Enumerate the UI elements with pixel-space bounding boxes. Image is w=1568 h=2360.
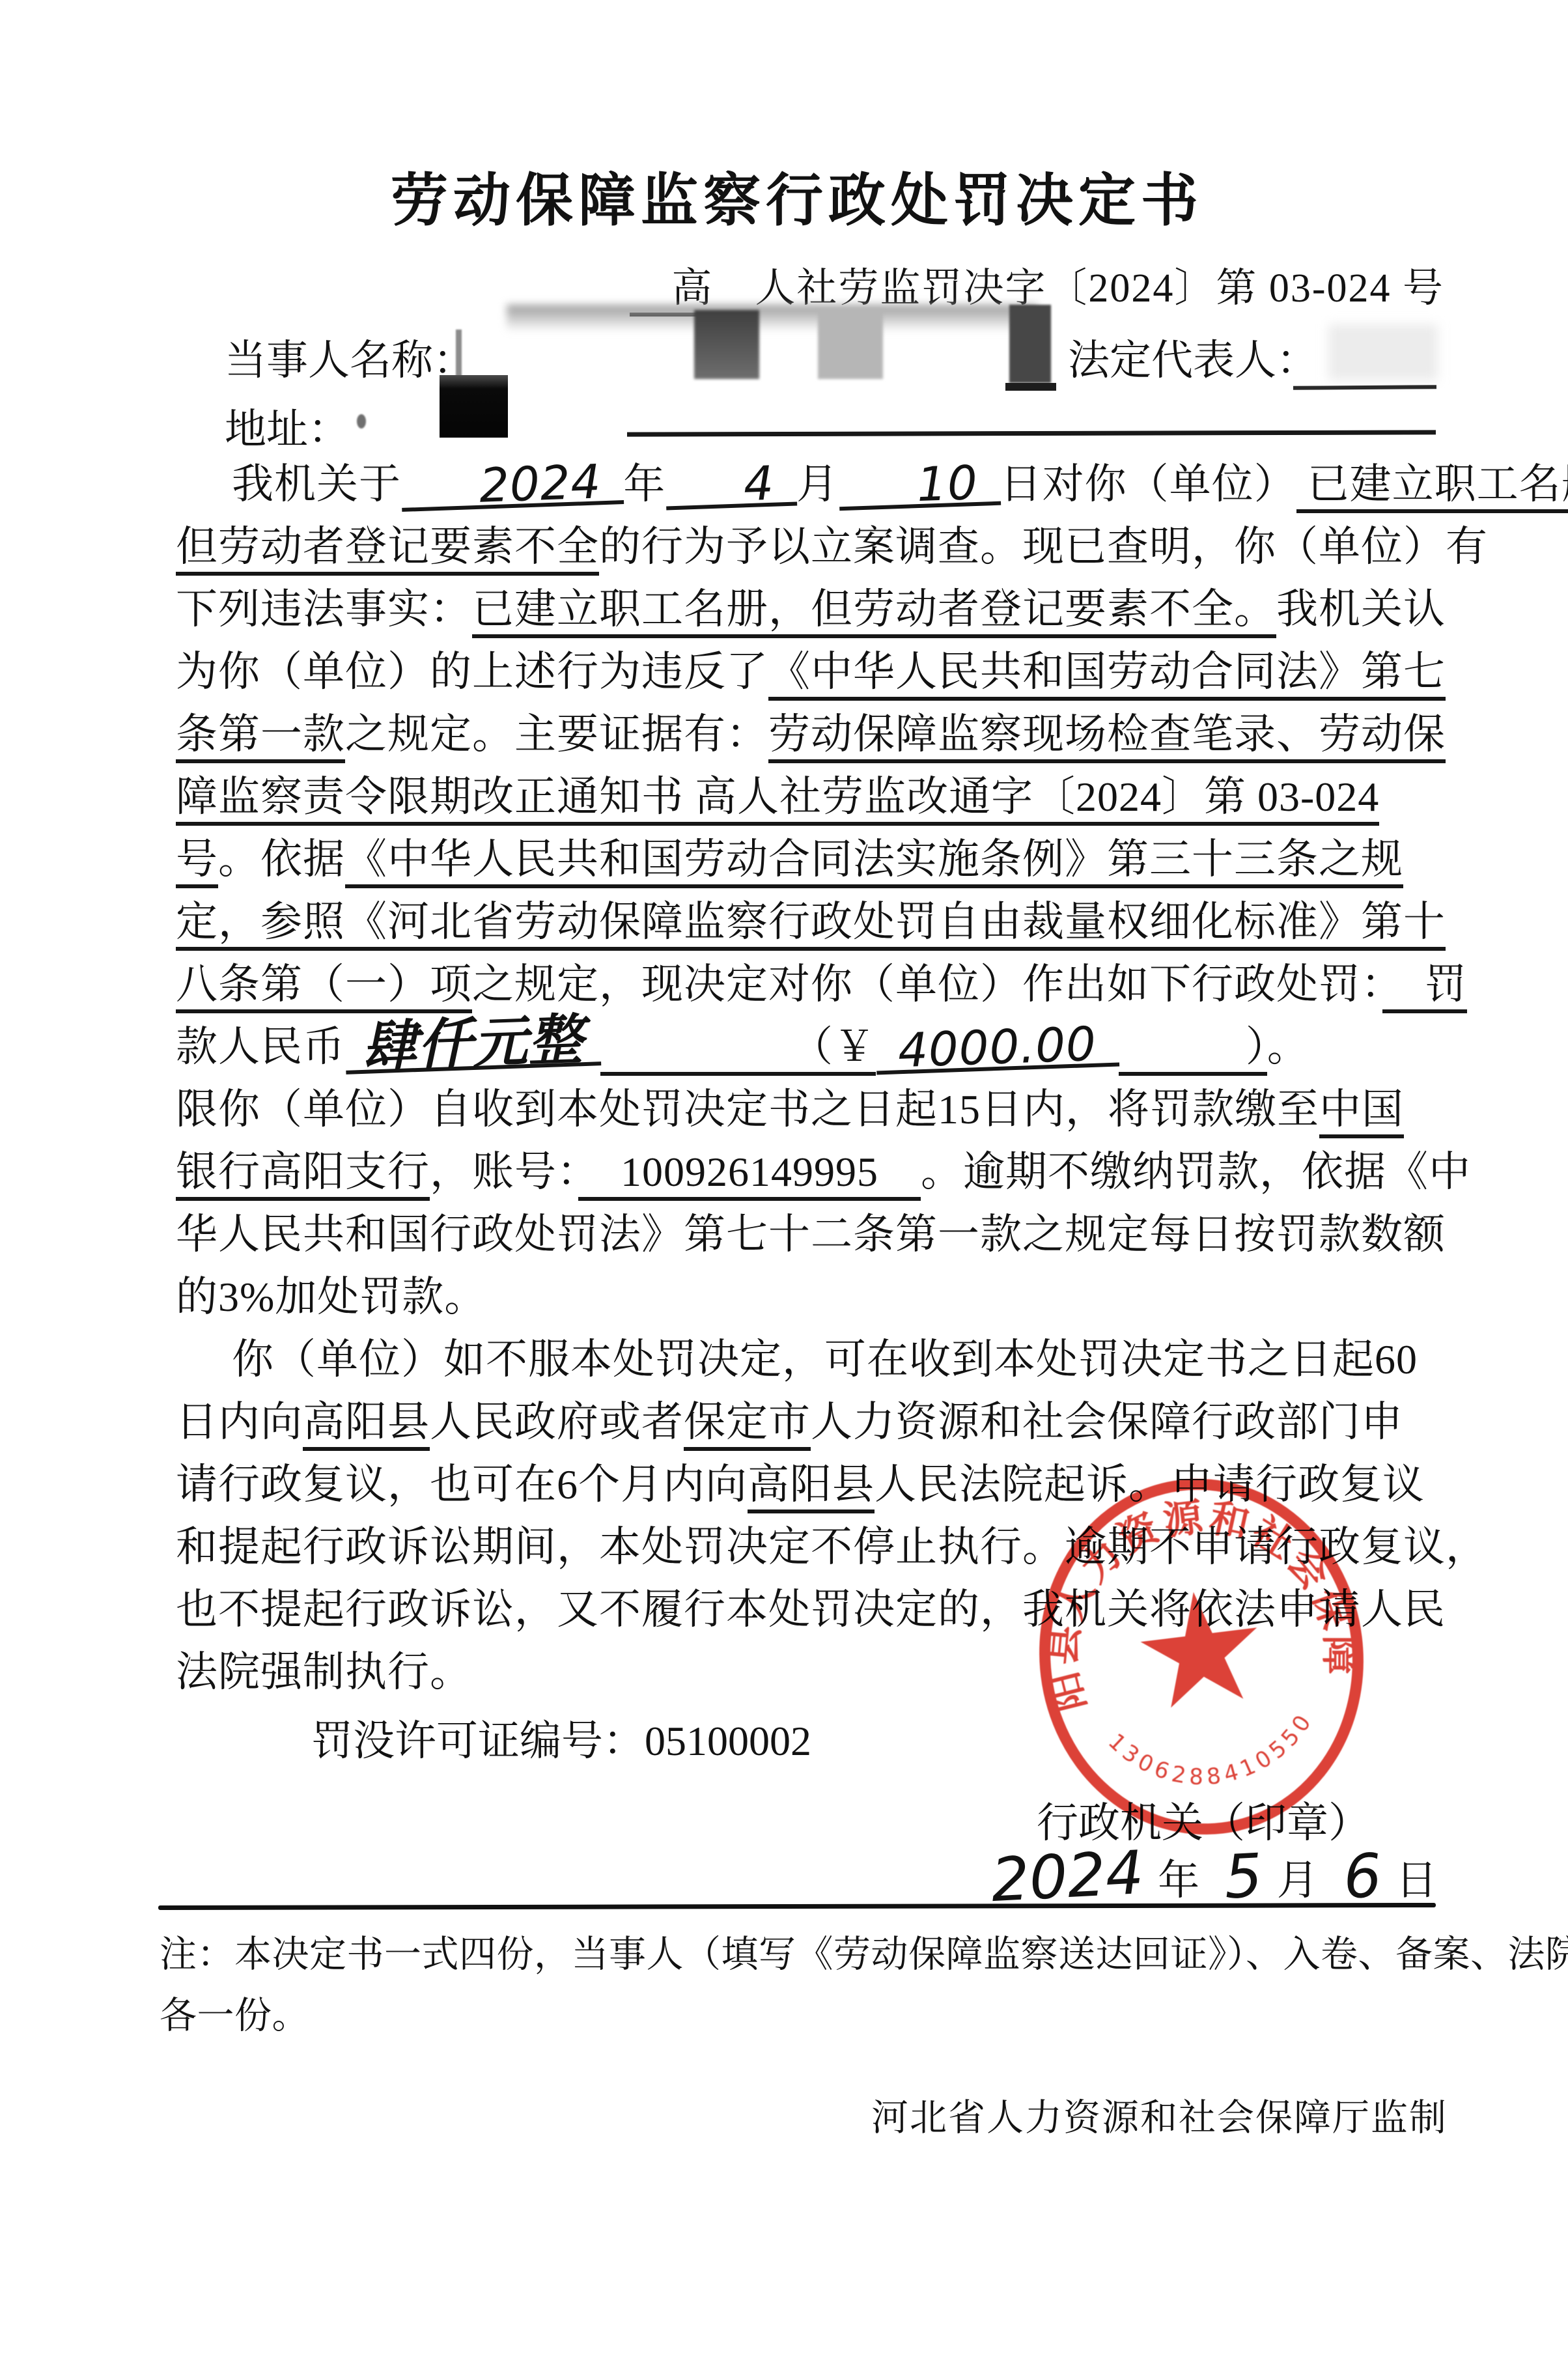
body-line: 我机关于2024年4月10日对你（单位） 已建立职工名册，: [176, 456, 1478, 513]
redaction-bar-dark-2: [1009, 305, 1051, 383]
text-segment: 号: [176, 836, 218, 888]
body-line: 请行政复议，也可在6个月内向高阳县人民法院起诉。申请行政复议: [176, 1456, 1478, 1513]
text-segment: 年: [1158, 1857, 1210, 1903]
text-segment: 《中华人民共和国劳动合同法》第七: [768, 649, 1446, 701]
text-segment: 已建立职工名册，但劳动者登记要素不全。: [472, 586, 1276, 638]
body-line: 和提起行政诉讼期间，本处罚决定不停止执行。逾期不申请行政复议，: [176, 1519, 1478, 1576]
text-segment: 也不提起行政诉讼，又不履行本处罚决定的，我机关将依法申请人民: [176, 1586, 1446, 1633]
text-segment: 《中华人民共和国劳动合同法实施条例》第三十三条之规: [345, 836, 1403, 888]
party-name-label: 当事人名称：: [225, 327, 475, 387]
seal-code-text: 1306288410550: [1101, 1704, 1326, 1802]
redaction-bar-light: [818, 310, 883, 379]
body-line: 的3%加处罚款。: [176, 1269, 1478, 1326]
text-segment: 。逾期不缴纳罚款，依据《中: [921, 1149, 1471, 1195]
text-segment: 之规定，现决定对你（单位）作出如下行政处罚：: [472, 961, 1382, 1007]
text-segment: （￥: [812, 1024, 876, 1076]
text-segment: 罚: [1382, 961, 1467, 1013]
body-line: 你（单位）如不服本处罚决定，可在收到本处罚决定书之日起60: [176, 1331, 1478, 1388]
text-segment: 100926149995: [578, 1149, 921, 1201]
address-blank-underline: [627, 430, 1436, 436]
text-segment: 10: [838, 462, 1001, 511]
redaction-bar-dark-1: [694, 310, 759, 379]
text-segment: 人力资源和社会保障行政部门申: [811, 1399, 1403, 1445]
text-segment: 2024: [400, 461, 624, 512]
text-segment: 。依据: [218, 836, 345, 882]
text-segment: 之规定。主要证据有：: [345, 711, 768, 757]
text-segment: 5: [1209, 1852, 1278, 1901]
body-line: 银行高阳支行，账号： 100926149995 。逾期不缴纳罚款，依据《中: [176, 1144, 1478, 1201]
text-segment: 八条第（一）项: [176, 961, 472, 1013]
text-segment: 。: [1267, 1024, 1309, 1070]
text-segment: ，账号：: [430, 1149, 578, 1195]
body-line: 为你（单位）的上述行为违反了《中华人民共和国劳动合同法》第七: [176, 643, 1478, 701]
text-segment: 条第一款: [176, 711, 345, 763]
redaction-bar-foot: [1005, 383, 1056, 391]
body-line: 但劳动者登记要素不全的行为予以立案调查。现已查明，你（单位）有: [176, 518, 1478, 576]
body-line-amount: 款人民币肆仟元整 （￥4000.00 ）。: [176, 1018, 1478, 1076]
body-line: 下列违法事实：已建立职工名册，但劳动者登记要素不全。我机关认: [176, 581, 1478, 638]
legal-rep-redaction-smudge: [1328, 324, 1438, 380]
note-line-1: 注：本决定书一式四份，当事人（填写《劳动保障监察送达回证》）、入卷、备案、法院: [160, 1929, 1568, 1981]
text-segment: 你（单位）如不服本处罚决定，可在收到本处罚决定书之日起60: [232, 1336, 1418, 1383]
text-segment: 人社劳监罚决字〔2024〕第 03-024 号: [755, 266, 1444, 311]
body-line: 号。依据《中华人民共和国劳动合同法实施条例》第三十三条之规: [176, 831, 1478, 888]
redaction-glyph-remnant: [456, 330, 462, 376]
document-title: 劳动保障监察行政处罚决定书: [0, 155, 1568, 237]
text-segment: 限你（单位）自收到本处罚决定书之日起15日内，将罚款缴至: [176, 1086, 1319, 1132]
text-segment: 银行高阳支行: [176, 1149, 430, 1201]
legal-rep-label: 法定代表人：: [1068, 327, 1318, 387]
body-line: 障监察责令限期改正通知书 高人社劳监改通字〔2024〕第 03-024: [176, 768, 1478, 826]
text-segment: 年: [623, 461, 665, 507]
text-segment: 人民法院起诉。申请行政复议: [875, 1461, 1425, 1508]
text-segment: 高阳县: [748, 1461, 875, 1513]
body-line: 限你（单位）自收到本处罚决定书之日起15日内，将罚款缴至中国: [176, 1081, 1478, 1138]
legal-rep-blank-underline: [1293, 385, 1436, 390]
text-segment: 障监察责令限期改正通知书 高人社劳监改通字〔2024〕第 03-024: [176, 774, 1379, 826]
text-segment: 的行为予以立案调查。现已查明，你（单位）有: [599, 524, 1488, 570]
decision-date: 2024年 5月 6日: [977, 1847, 1437, 1907]
note-line-2: 各一份。: [160, 1990, 309, 2042]
body-line: 也不提起行政诉讼，又不履行本处罚决定的，我机关将依法申请人民: [176, 1581, 1478, 1638]
text-segment: 下列违法事实：: [176, 586, 472, 632]
address-redaction-mark: [357, 414, 366, 428]
text-segment: 中国: [1319, 1086, 1404, 1138]
text-segment: 我机关于: [232, 461, 401, 507]
text-segment: 为你（单位）的上述行为违反了: [176, 649, 768, 695]
text-segment: 法院强制执行。: [176, 1649, 472, 1695]
text-segment: 但劳动者登记要素不全: [176, 524, 599, 576]
text-segment: 华人民共和国行政处罚法》第七十二条第一款之规定每日按罚款数额: [176, 1211, 1446, 1257]
permit-number-line: 罚没许可证编号：05100002: [311, 1707, 811, 1767]
body-line: 八条第（一）项之规定，现决定对你（单位）作出如下行政处罚： 罚: [176, 956, 1478, 1013]
text-segment: 款人民币: [176, 1024, 345, 1070]
text-segment: 人民政府或者: [430, 1399, 684, 1445]
text-segment: 日: [1395, 1857, 1437, 1903]
body-line: 条第一款之规定。主要证据有：劳动保障监察现场检查笔录、劳动保: [176, 706, 1478, 763]
text-segment: 2024: [976, 1849, 1159, 1904]
text-segment: 的3%加处罚款。: [176, 1274, 486, 1320]
text-segment: 高阳县: [303, 1399, 430, 1451]
text-segment: 劳动保障监察现场检查笔录、劳动保: [768, 711, 1446, 763]
svg-text:1306288410550: 1306288410550: [1101, 1704, 1326, 1802]
body-line: 华人民共和国行政处罚法》第七十二条第一款之规定每日按罚款数额: [176, 1206, 1478, 1263]
body-line: 法院强制执行。: [176, 1644, 1478, 1701]
text-segment: 和提起行政诉讼期间，本处罚决定不停止执行。逾期不申请行政复议，: [176, 1524, 1488, 1570]
text-segment: ）: [1246, 1024, 1267, 1076]
body-line: 定，参照《河北省劳动保障监察行政处罚自由裁量权细化标准》第十: [176, 893, 1478, 951]
address-label: 地址：: [225, 396, 350, 456]
producer-line: 河北省人力资源和社会保障厅监制: [871, 2088, 1448, 2141]
text-segment: 定，参照《河北省劳动保障监察行政处罚自由裁量权细化标准》第十: [176, 899, 1446, 951]
text-segment: 日内向: [176, 1399, 303, 1445]
body-line: 日内向高阳县人民政府或者保定市人力资源和社会保障行政部门申: [176, 1394, 1478, 1451]
text-segment: 肆仟元整: [344, 1016, 601, 1075]
penalty-decision-document: 劳动保障监察行政处罚决定书 高 人社劳监罚决字〔2024〕第 03-024 号 …: [0, 0, 1568, 2360]
text-segment: 日对你（单位）: [1000, 461, 1296, 507]
text-segment: 请行政复议，也可在6个月内向: [176, 1461, 748, 1508]
text-segment: 我机关认: [1276, 586, 1446, 632]
text-segment: 4: [665, 463, 797, 511]
text-segment: 已建立职工名册，: [1296, 461, 1568, 513]
text-segment: 6: [1328, 1852, 1397, 1901]
text-segment: 月: [796, 461, 839, 507]
text-segment: [600, 1024, 812, 1076]
address-redaction-box: [440, 375, 508, 438]
text-segment: 月: [1277, 1857, 1329, 1903]
redaction-smudge: [507, 305, 1037, 332]
text-segment: 保定市: [684, 1399, 811, 1451]
text-segment: 4000.00: [875, 1024, 1119, 1075]
text-segment: [1119, 1024, 1246, 1076]
